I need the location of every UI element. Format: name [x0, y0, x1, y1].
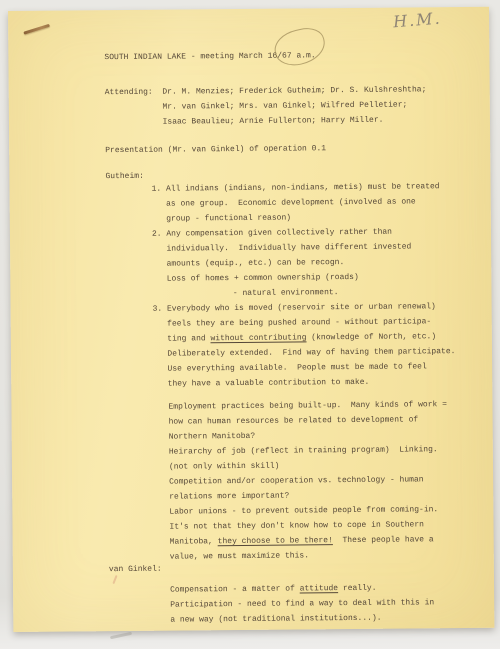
- underlined-text: without contributing: [210, 333, 306, 343]
- text-line: individually. Individually have differen…: [166, 239, 411, 256]
- list-item-text: Everybody who is moved (reservoir site o…: [167, 299, 456, 392]
- list-item: 2. Any compensation given collectively r…: [152, 224, 488, 302]
- text-line: a new way (not traditional institutions.…: [170, 610, 434, 627]
- text-segment: really.: [338, 584, 376, 593]
- attending-label: Attending:: [105, 85, 163, 101]
- underlined-text: attitude: [300, 584, 338, 593]
- attending-line: Mr. van Ginkel; Mrs. van Ginkel; Wilfred…: [162, 97, 426, 114]
- handwritten-initials: H.M.: [392, 9, 442, 33]
- staple-mark: [23, 24, 50, 35]
- list-item-number: 1.: [151, 182, 166, 227]
- scan-smudge-mark: [110, 632, 132, 640]
- text-line: Use everything available. People must be…: [167, 359, 455, 377]
- speaker-gutheim: Gutheim:: [105, 169, 144, 184]
- speaker-van-ginkel: van Ginkel:: [109, 559, 434, 577]
- list-item: 1. All indians (indians, non-indians, me…: [151, 179, 486, 227]
- gutheim-employment-paragraphs: Employment practices being built-up. Man…: [168, 397, 489, 565]
- text-line: Participation - need to find a way to de…: [170, 595, 434, 612]
- attending-section: Attending:Dr. M. Menzies; Frederick Guth…: [105, 82, 427, 130]
- document-paper: H.M. SOUTH INDIAN LAKE - meeting March 1…: [8, 7, 494, 632]
- van-ginkel-section: van Ginkel: Compensation - a matter of a…: [109, 559, 435, 628]
- presentation-line: Presentation (Mr. van Ginkel) of operati…: [105, 141, 326, 158]
- text-segment: (knowledge of North, etc.): [306, 332, 436, 342]
- list-item-number: 2.: [152, 227, 167, 302]
- text-segment: Manitoba,: [170, 537, 218, 546]
- van-ginkel-text: Compensation - a matter of attitude real…: [170, 580, 434, 627]
- text-line: Employment practices being built-up. Man…: [168, 397, 488, 415]
- attending-line: Isaac Beaulieu; Arnie Fullerton; Harry M…: [163, 112, 427, 129]
- title-text: SOUTH INDIAN LAKE - meeting March 16/67: [104, 51, 296, 62]
- list-item-number: 3.: [153, 302, 168, 392]
- list-item-text: All indians (indians, non-indians, metis…: [166, 179, 440, 226]
- underlined-text: they choose to be there!: [218, 536, 333, 546]
- text-segment: ting and: [167, 334, 210, 343]
- text-line: they have a valuable contribution to mak…: [168, 374, 456, 392]
- text-segment: Compensation - a matter of: [170, 584, 300, 594]
- attending-names: Dr. M. Menzies; Frederick Gutheim; Dr. S…: [162, 85, 426, 96]
- gutheim-numbered-list: 1. All indians (indians, non-indians, me…: [151, 179, 488, 392]
- text-line: as one group. Economic development (invo…: [166, 194, 440, 211]
- text-segment: These people have a: [333, 535, 434, 545]
- list-item-text: Any compensation given collectively rath…: [166, 224, 411, 301]
- list-item: 3. Everybody who is moved (reservoir sit…: [153, 299, 489, 392]
- scan-background: { "scan": { "handwriting_top_right": "H.…: [0, 0, 500, 649]
